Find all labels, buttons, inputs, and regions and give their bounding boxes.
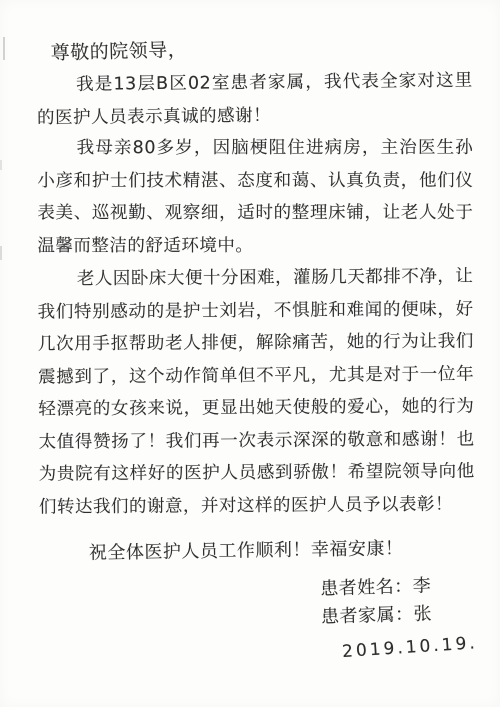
paragraph-intro: 我是13层B区02室患者家属，我代表全家对这里的医护人员表示真诚的感谢！ [37, 64, 474, 134]
family-name-line: 患者家属：张 [321, 599, 476, 632]
closing-wish: 祝全体医护人员工作顺利！幸福安康！ [89, 532, 475, 570]
signature-block: 患者姓名：李 患者家属：张 2019.10.19. [320, 571, 477, 665]
letter-page: 尊敬的院领导， 我是13层B区02室患者家属，我代表全家对这里的医护人员表示真诚… [0, 0, 500, 707]
date-line: 2019.10.19. [321, 629, 477, 667]
scan-artifact [0, 160, 2, 170]
letter-body: 尊敬的院领导， 我是13层B区02室患者家属，我代表全家对这里的医护人员表示真诚… [37, 31, 476, 664]
salutation: 尊敬的院领导， [50, 27, 473, 70]
paragraph-care-description: 我母亲80多岁，因脑梗阻住进病房，主治医生孙小彦和护士们技术精湛、态度和蔼、认真… [37, 131, 473, 261]
scan-artifact [3, 37, 5, 60]
scan-artifact [0, 246, 2, 260]
paragraph-nurse-praise: 老人因卧床大便十分困难，灌肠几天都排不净，让我们特别感动的是护士刘岩，不惧脏和难… [37, 260, 475, 523]
